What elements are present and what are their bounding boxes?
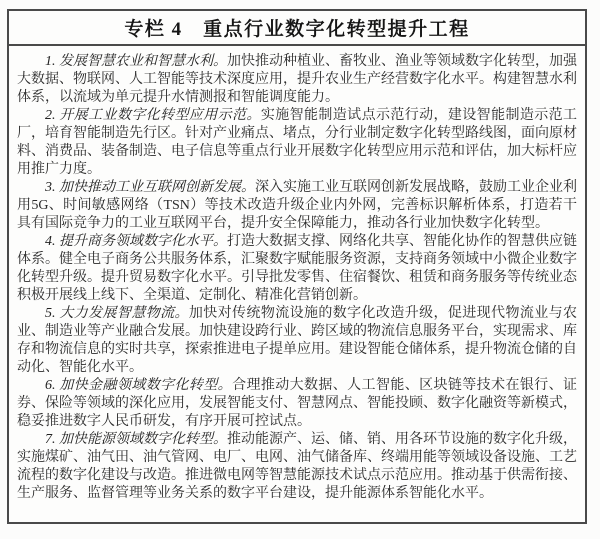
paragraph-2-lead: 2. 开展工业数字化转型应用示范。 [45, 108, 261, 123]
paragraph-1-lead: 1. 发展智慧农业和智慧水利。 [45, 54, 227, 69]
box-body: 1. 发展智慧农业和智慧水利。加快推动种植业、畜牧业、渔业等领域数字化转型，加强… [9, 46, 585, 503]
paragraph-3: 3. 加快推动工业互联网创新发展。深入实施工业互联网创新发展战略，鼓励工业企业利… [17, 179, 577, 233]
paragraph-1: 1. 发展智慧农业和智慧水利。加快推动种植业、畜牧业、渔业等领域数字化转型，加强… [17, 53, 577, 107]
paragraph-7-lead: 7. 加快能源领域数字化转型。 [45, 432, 227, 447]
paragraph-6-lead: 6. 加快金融领域数字化转型。 [45, 378, 232, 393]
box-title-row: 专栏 4 重点行业数字化转型提升工程 [9, 11, 585, 46]
paragraph-4: 4. 提升商务领域数字化水平。打造大数据支撑、网络化共享、智能化协作的智慧供应链… [17, 233, 577, 305]
paragraph-5: 5. 大力发展智慧物流。加快对传统物流设施的数字化改造升级，促进现代物流业与农业… [17, 305, 577, 377]
column-4-box: 专栏 4 重点行业数字化转型提升工程 1. 发展智慧农业和智慧水利。加快推动种植… [7, 9, 587, 524]
paragraph-4-lead: 4. 提升商务领域数字化水平。 [45, 234, 227, 249]
paragraph-5-lead: 5. 大力发展智慧物流。 [45, 306, 189, 321]
paragraph-7: 7. 加快能源领域数字化转型。推动能源产、运、储、销、用各环节设施的数字化升级，… [17, 431, 577, 503]
document-page: 专栏 4 重点行业数字化转型提升工程 1. 发展智慧农业和智慧水利。加快推动种植… [0, 0, 600, 539]
paragraph-3-lead: 3. 加快推动工业互联网创新发展。 [45, 180, 255, 195]
paragraph-2: 2. 开展工业数字化转型应用示范。实施智能制造试点示范行动，建设智能制造示范工厂… [17, 107, 577, 179]
box-title: 专栏 4 重点行业数字化转型提升工程 [124, 14, 469, 41]
paragraph-6: 6. 加快金融领域数字化转型。合理推动大数据、人工智能、区块链等技术在银行、证券… [17, 377, 577, 431]
